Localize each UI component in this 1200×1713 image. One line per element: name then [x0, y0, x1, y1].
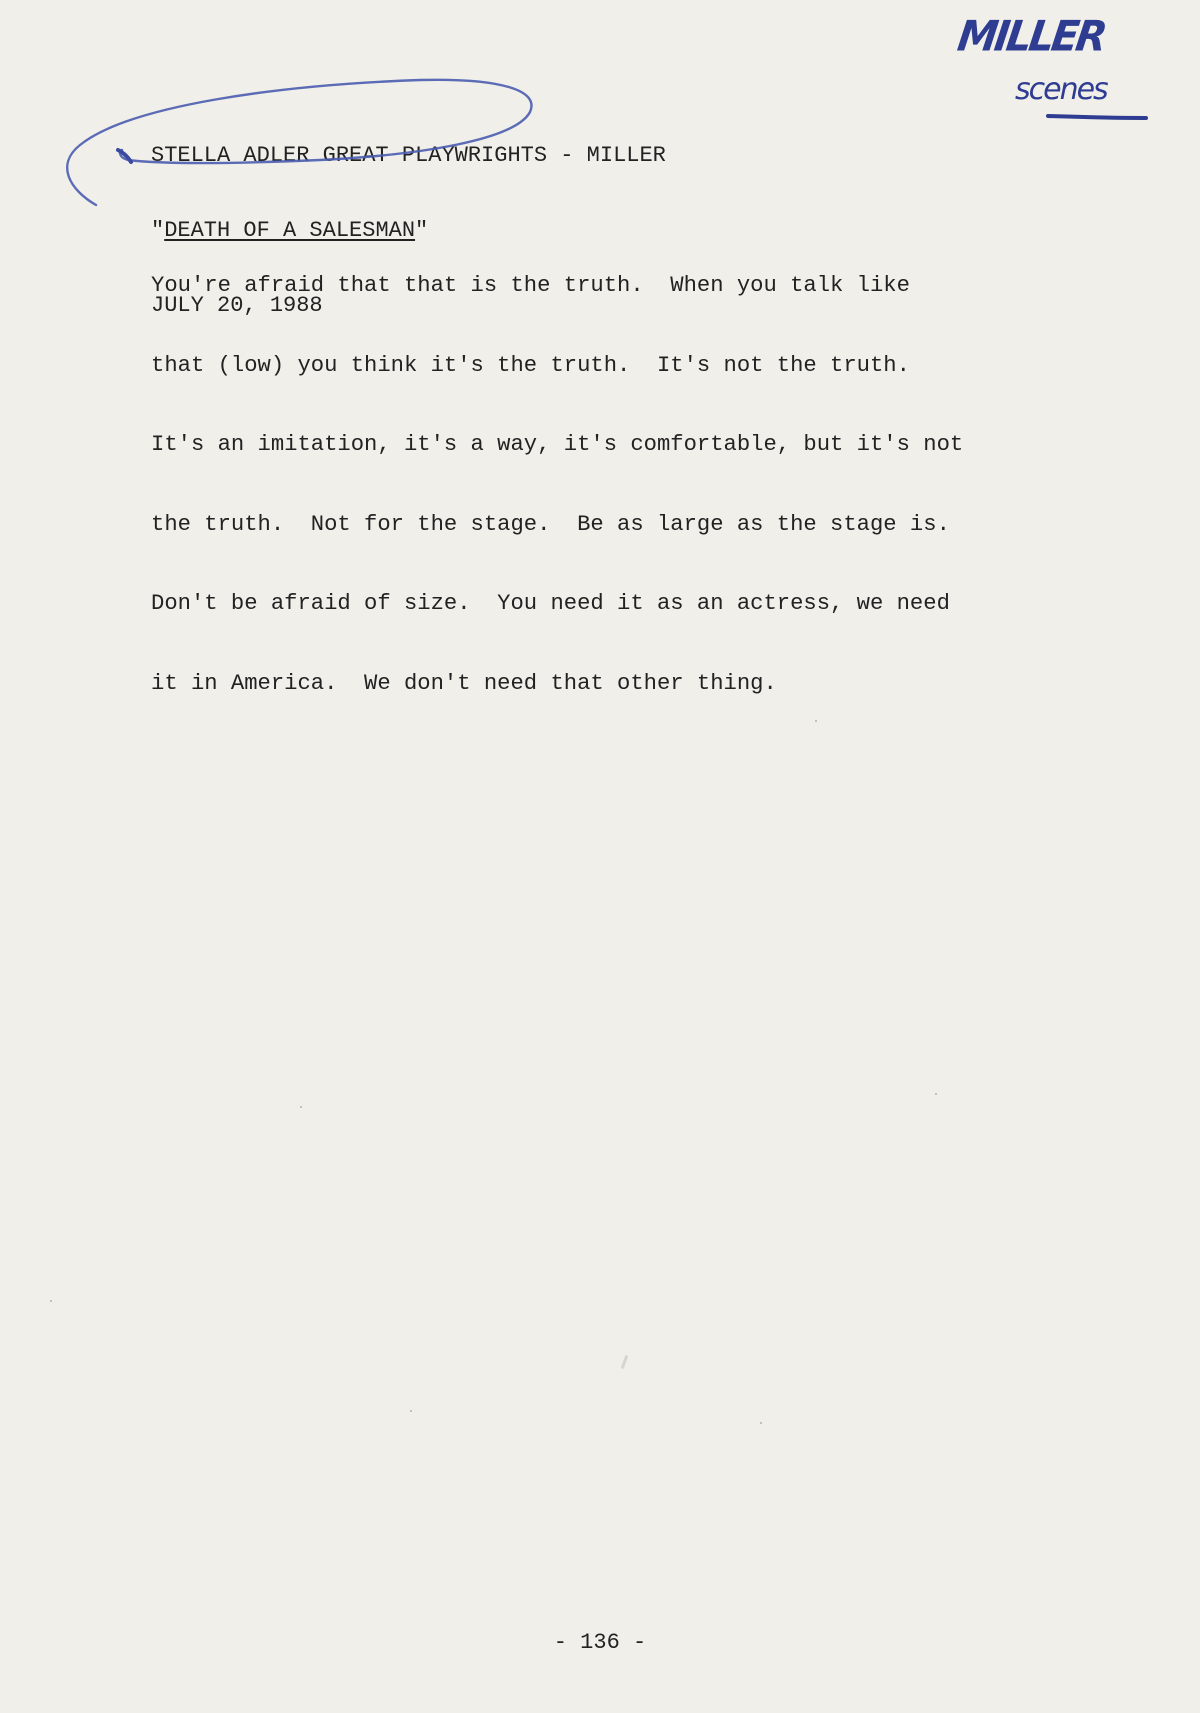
- body-line: Don't be afraid of size. You need it as …: [151, 591, 963, 618]
- paper-speck: [815, 720, 817, 722]
- paper-speck: [410, 1410, 412, 1412]
- body-paragraph: You're afraid that that is the truth. Wh…: [151, 220, 963, 750]
- body-line: it in America. We don't need that other …: [151, 671, 963, 698]
- body-line: It's an imitation, it's a way, it's comf…: [151, 432, 963, 459]
- paper-speck: [760, 1422, 762, 1424]
- header-course-line: STELLA ADLER GREAT PLAYWRIGHTS - MILLER: [151, 143, 666, 168]
- body-line: the truth. Not for the stage. Be as larg…: [151, 512, 963, 539]
- body-line: that (low) you think it's the truth. It'…: [151, 353, 963, 380]
- paper-speck: [300, 1106, 302, 1108]
- document-page: STELLA ADLER GREAT PLAYWRIGHTS - MILLER …: [0, 0, 1200, 1713]
- body-line: You're afraid that that is the truth. Wh…: [151, 273, 963, 300]
- handwritten-scenes: scenes: [1015, 72, 1107, 107]
- handwritten-miller: MILLER: [955, 13, 1108, 61]
- paper-speck: [50, 1300, 52, 1302]
- page-number: - 136 -: [0, 1630, 1200, 1655]
- paper-speck: [935, 1093, 937, 1095]
- paper-speck: [621, 1355, 629, 1369]
